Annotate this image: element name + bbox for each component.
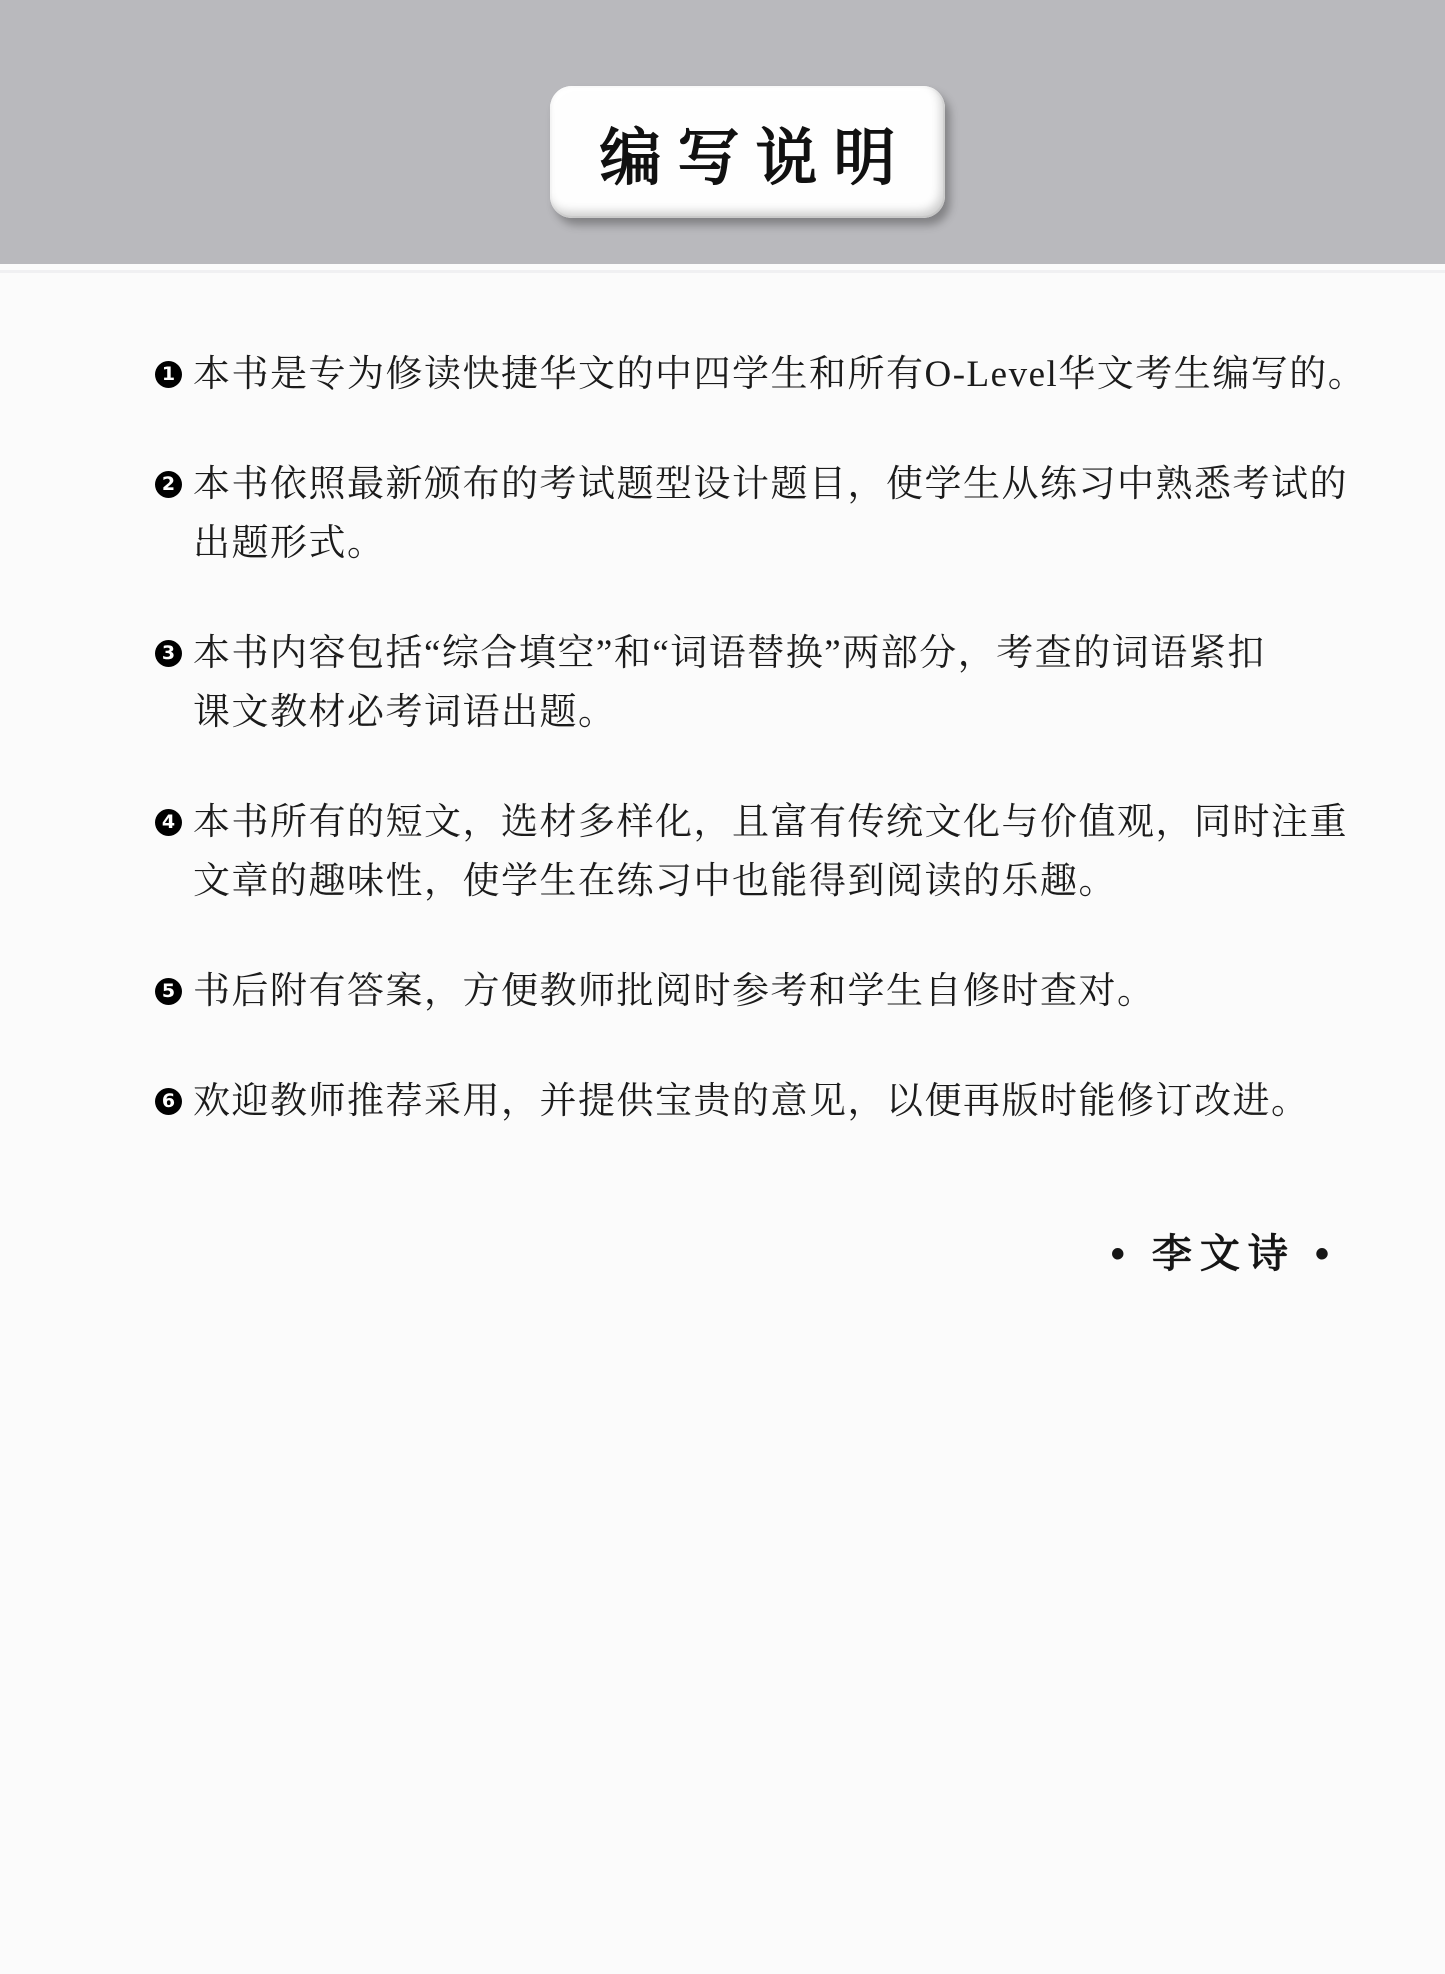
note-item: 2 本书依照最新颁布的考试题型设计题目，使学生从练习中熟悉考试的 出题形式。 [155, 455, 1315, 573]
author-signature: • 李文诗 • [155, 1229, 1337, 1279]
note-item: 5 书后附有答案，方便教师批阅时参考和学生自修时查对。 [155, 962, 1315, 1021]
note-number-badge: 2 [155, 471, 182, 498]
note-text: 本书依照最新颁布的考试题型设计题目，使学生从练习中熟悉考试的 出题形式。 [193, 455, 1348, 573]
note-number-badge: 5 [155, 978, 182, 1005]
note-line: 本书是专为修读快捷华文的中四学生和所有O-Level华文考生编写的。 [193, 345, 1366, 404]
note-text: 本书内容包括“综合填空”和“词语替换”两部分，考查的词语紧扣 课文教材必考词语出… [193, 624, 1266, 742]
note-number-badge: 4 [155, 809, 182, 836]
note-line: 文章的趣味性，使学生在练习中也能得到阅读的乐趣。 [193, 852, 1348, 911]
header-band: 编写说明 [0, 0, 1445, 264]
notes-list: 1 本书是专为修读快捷华文的中四学生和所有O-Level华文考生编写的。 2 本… [155, 345, 1315, 1279]
note-item: 4 本书所有的短文，选材多样化，且富有传统文化与价值观，同时注重 文章的趣味性，… [155, 793, 1315, 911]
note-line: 本书依照最新颁布的考试题型设计题目，使学生从练习中熟悉考试的 [193, 455, 1348, 514]
note-line: 出题形式。 [193, 514, 1348, 573]
note-line: 欢迎教师推荐采用，并提供宝贵的意见，以便再版时能修订改进。 [193, 1072, 1310, 1131]
note-text: 本书是专为修读快捷华文的中四学生和所有O-Level华文考生编写的。 [193, 345, 1366, 404]
title-plaque: 编写说明 [550, 86, 945, 218]
note-line: 书后附有答案，方便教师批阅时参考和学生自修时查对。 [193, 962, 1156, 1021]
note-line: 本书内容包括“综合填空”和“词语替换”两部分，考查的词语紧扣 [193, 624, 1266, 683]
note-number-badge: 3 [155, 640, 182, 667]
note-text: 本书所有的短文，选材多样化，且富有传统文化与价值观，同时注重 文章的趣味性，使学… [193, 793, 1348, 911]
note-item: 1 本书是专为修读快捷华文的中四学生和所有O-Level华文考生编写的。 [155, 345, 1315, 404]
note-text: 书后附有答案，方便教师批阅时参考和学生自修时查对。 [193, 962, 1156, 1021]
note-line: 课文教材必考词语出题。 [193, 683, 1266, 742]
note-item: 6 欢迎教师推荐采用，并提供宝贵的意见，以便再版时能修订改进。 [155, 1072, 1315, 1131]
note-item: 3 本书内容包括“综合填空”和“词语替换”两部分，考查的词语紧扣 课文教材必考词… [155, 624, 1315, 742]
page-title: 编写说明 [583, 108, 911, 197]
note-text: 欢迎教师推荐采用，并提供宝贵的意见，以便再版时能修订改进。 [193, 1072, 1310, 1131]
note-number-badge: 6 [155, 1088, 182, 1115]
note-line: 本书所有的短文，选材多样化，且富有传统文化与价值观，同时注重 [193, 793, 1348, 852]
note-number-badge: 1 [155, 361, 182, 388]
